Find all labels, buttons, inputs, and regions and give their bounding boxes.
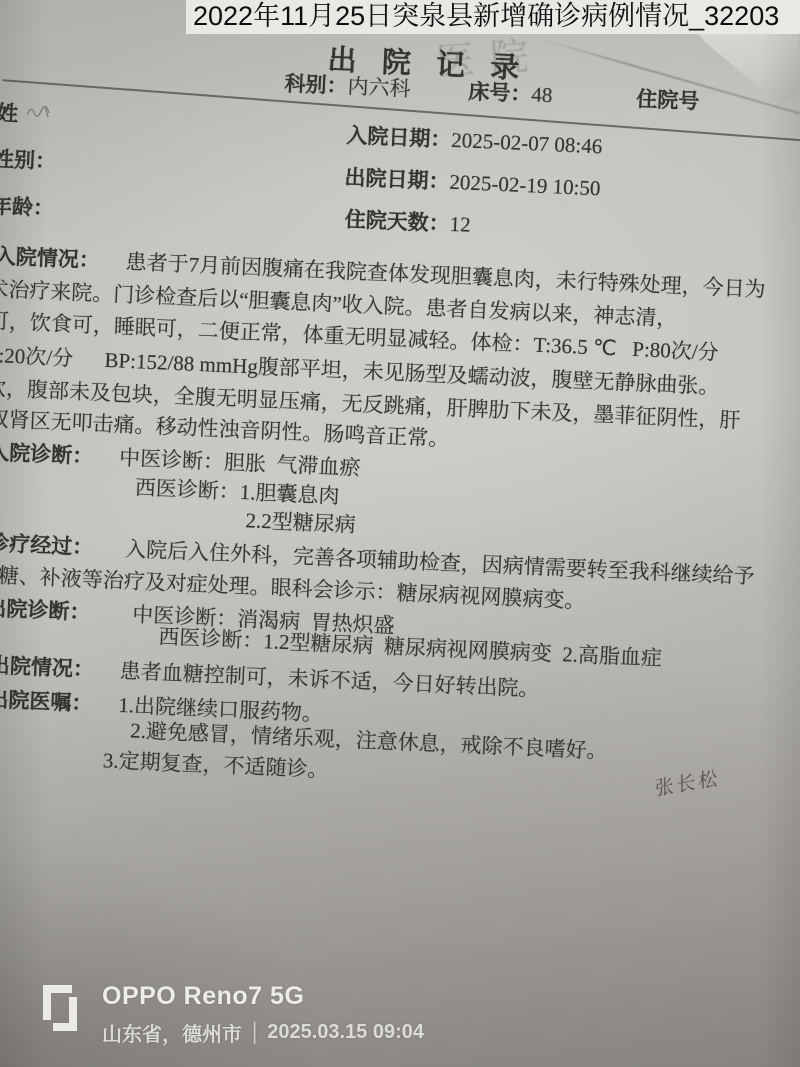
camera-watermark-logo-icon	[40, 982, 86, 1034]
device-name: OPPO Reno7 5G	[102, 982, 424, 1011]
camera-watermark-text: OPPO Reno7 5G 山东省，德州市 | 2025.03.15 09:04	[102, 982, 424, 1047]
admission-date-row: 入院日期：2025-02-07 08:46	[346, 122, 603, 159]
admission-diagnosis-western1: 西医诊断：1.胆囊息肉	[134, 474, 340, 509]
admission-date-label: 入院日期：	[346, 122, 452, 153]
admission-no-label: 住院号	[636, 86, 700, 115]
discharge-record-document: 医院 出 院 记 录 科别：内六科床号：48住院号 姓 性别： 年龄： 入院日期…	[0, 0, 800, 935]
hospital-days-label: 住院天数：	[344, 206, 450, 237]
admission-date-value: 2025-02-07 08:46	[451, 127, 603, 160]
admission-diagnosis-label: 入院诊断：	[0, 439, 94, 470]
bed-label: 床号：	[468, 79, 532, 108]
dept-label: 科别：	[284, 71, 348, 100]
handwritten-name-scribble	[25, 103, 56, 120]
discharge-advice-item3: 3.定期复查，不适随诊。	[102, 747, 329, 783]
discharge-date-label: 出院日期：	[344, 164, 450, 195]
location-text: 山东省，德州市	[102, 1018, 242, 1047]
dept-value: 内六科	[347, 73, 411, 102]
name-label: 姓	[0, 100, 19, 127]
page-title: 2022年11月25日突泉县新增确诊病例情况_32203	[186, 0, 800, 34]
treatment-course-label: 诊疗经过：	[0, 530, 94, 561]
discharge-diagnosis-label: 出院诊断：	[0, 595, 91, 626]
discharge-advice-label: 出院医嘱：	[0, 686, 93, 717]
gender-label: 性别：	[0, 146, 57, 175]
admission-status-label: 入院情况：	[0, 243, 100, 274]
discharge-date-value: 2025-02-19 10:50	[449, 169, 601, 202]
discharge-status-label: 出院情况：	[0, 652, 94, 683]
bed-value: 48	[531, 81, 553, 108]
photo-of-discharge-record: 医院 出 院 记 录 科别：内六科床号：48住院号 姓 性别： 年龄： 入院日期…	[0, 0, 800, 1067]
discharge-date-row: 出院日期：2025-02-19 10:50	[344, 164, 601, 201]
age-label: 年龄：	[0, 193, 55, 222]
location-datetime-row: 山东省，德州市 | 2025.03.15 09:04	[102, 1018, 424, 1047]
separator-bar: |	[252, 1019, 257, 1047]
doctor-signature: 张长松	[655, 763, 721, 801]
hospital-days-row: 住院天数：12	[344, 206, 471, 238]
camera-watermark: OPPO Reno7 5G 山东省，德州市 | 2025.03.15 09:04	[40, 982, 424, 1047]
admission-diagnosis-western2: 2.2型糖尿病	[245, 507, 356, 538]
datetime-text: 2025.03.15 09:04	[267, 1021, 424, 1044]
hospital-days-value: 12	[449, 211, 471, 238]
